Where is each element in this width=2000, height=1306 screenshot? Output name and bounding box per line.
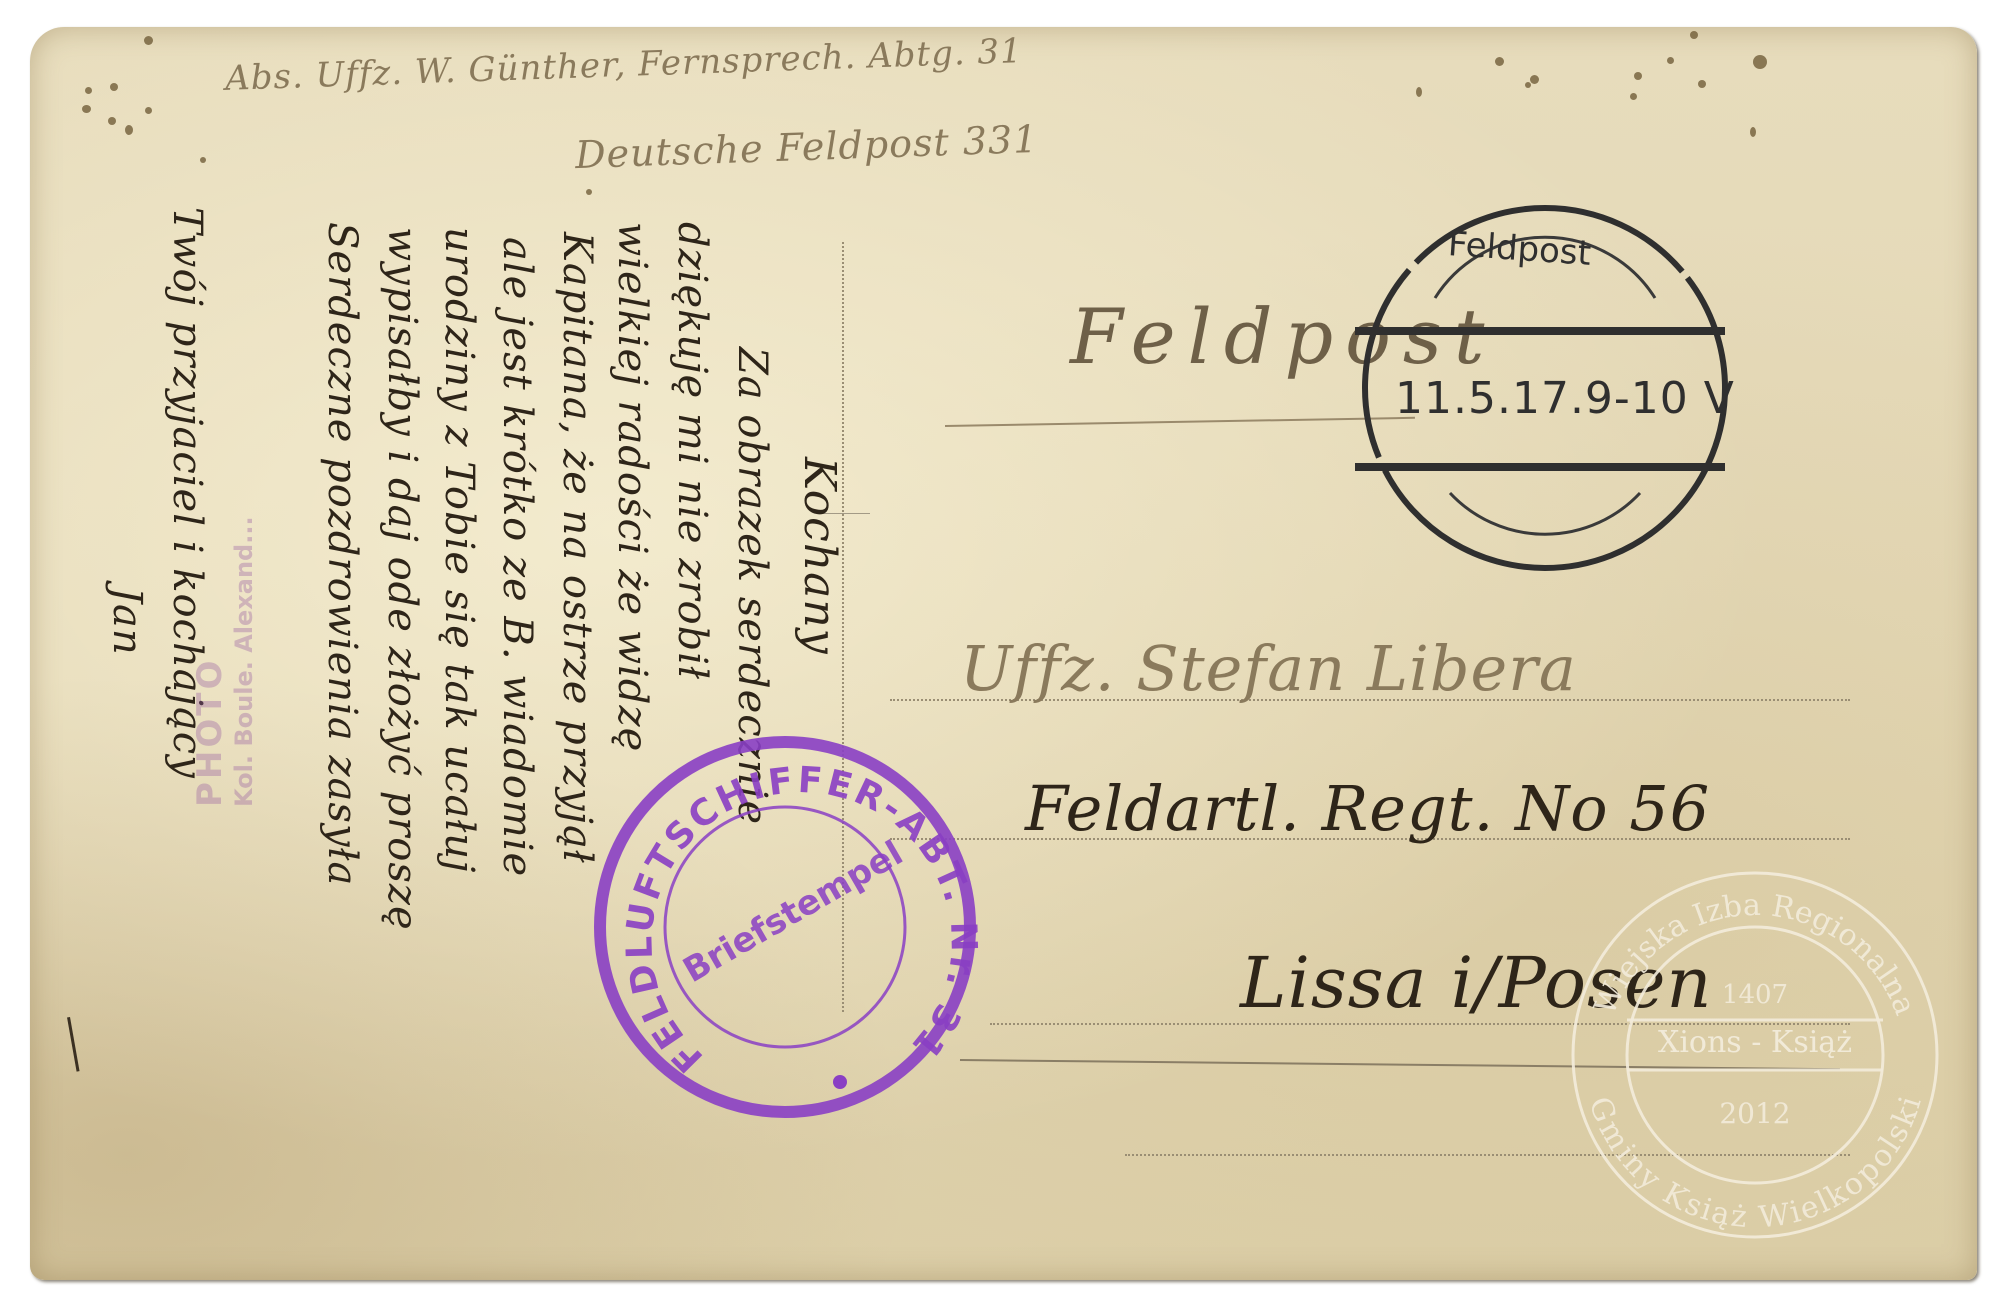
sender-line-1: Abs. Uffz. W. Günther, Fernsprech. Abtg.… <box>225 31 1024 99</box>
message-line: wielkiej radości że widzę <box>609 222 655 752</box>
censor-stamp: FELDLUFTSCHIFFER-ABT. Nr. 31 Briefstempe… <box>585 727 985 1127</box>
message-line: wypisałby i daj ode złożyć proszę <box>379 227 425 931</box>
recipient-unit: Feldartl. Regt. No 56 <box>1025 772 1710 845</box>
recipient-name: Uffz. Stefan Libera <box>960 632 1577 705</box>
message-line: Jan <box>104 587 150 656</box>
message-line: dziękuję mi nie zrobił <box>669 222 715 680</box>
postmark-date: 11.5.17.9-10 V <box>1395 373 1735 424</box>
message-line: urodziny z Tobie się tak ucałuj <box>436 227 482 873</box>
feldpost-postmark: Feldpost 11.5.17.9-10 V <box>1340 183 1750 593</box>
museum-watermark: Wiejska Izba Regionalna Gminy Książ Wiel… <box>1565 865 1945 1245</box>
watermark-center-top: 1407 <box>1565 980 1945 1010</box>
sender-line-2: Deutsche Feldpost 331 <box>574 117 1039 177</box>
pen-stroke <box>67 1017 80 1072</box>
watermark-center-bottom: 2012 <box>1565 1097 1945 1130</box>
imprint-line-2: Kol. Boule. Alexand... <box>230 516 258 807</box>
publisher-imprint: PHOTO Kol. Boule. Alexand... <box>190 516 258 807</box>
watermark-center-mid: Xions - Książ <box>1565 1025 1945 1060</box>
postcard: Abs. Uffz. W. Günther, Fernsprech. Abtg.… <box>30 27 1977 1280</box>
message-line: Kochany <box>794 457 845 655</box>
message-line: ale jest krótko ze B. wiadomie <box>494 237 540 877</box>
imprint-line-1: PHOTO <box>190 516 230 807</box>
message-line: Serdeczne pozdrowienia zasyła <box>319 222 365 886</box>
